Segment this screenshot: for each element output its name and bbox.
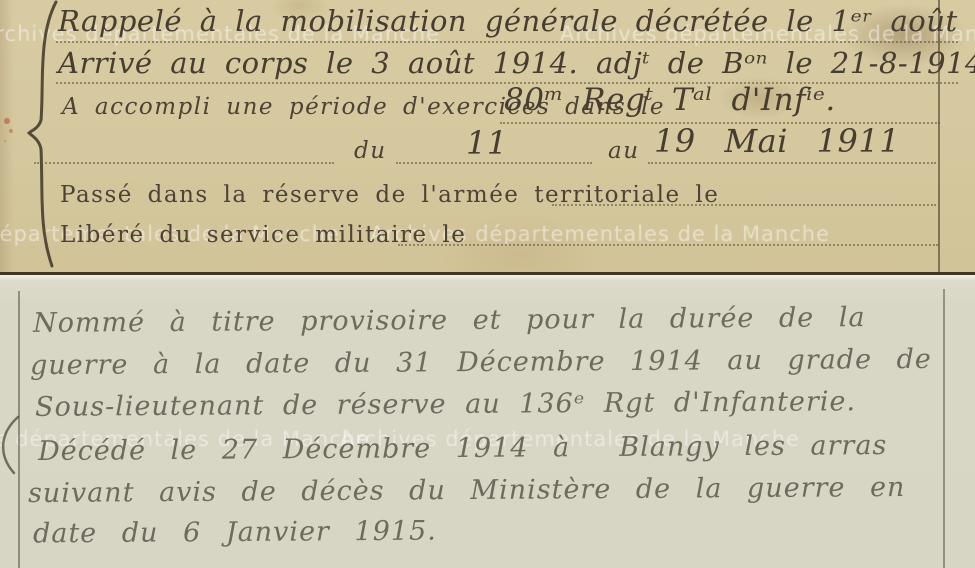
note-line-1: Nommé à titre provisoire et pour la duré… [33, 302, 866, 339]
note-line-5: suivant avis de décès du Ministère de la… [28, 472, 906, 509]
right-pencil-rule [943, 289, 945, 568]
handwritten-arrivee-entry: Arrivé au corps le 3 août 1914. adjᵗ de … [58, 46, 975, 80]
du-label: du [354, 138, 387, 164]
blank-continuation-line [34, 158, 334, 164]
reserve-blank-line [552, 200, 936, 206]
military-record-scan: Archives départementales de la Manche Ar… [0, 0, 975, 568]
form-upper-section: Archives départementales de la Manche Ar… [0, 0, 975, 272]
libere-blank-line [398, 240, 938, 246]
note-line-2: guerre à la date du 31 Décembre 1914 au … [30, 344, 932, 381]
handwritten-au-value: 19 Mai 1911 [654, 122, 900, 160]
field-date-au: 19 Mai 1911 [648, 126, 936, 164]
note-line-3: Sous-lieutenant de réserve au 136ᵉ Rgt d… [35, 386, 856, 423]
left-paren-mark [0, 415, 22, 475]
field-date-du: 11 [396, 126, 592, 164]
handwritten-regiment-entry: 80ᵐ Regᵗ Tᵃˡ d'Infⁱᵉ. [504, 82, 836, 118]
handwritten-du-value: 11 [466, 124, 508, 162]
handwritten-mobilisation-entry: Rappelé à la mobilisation générale décré… [58, 4, 975, 38]
red-ink-specks [4, 118, 10, 124]
field-rappele: Rappelé à la mobilisation générale décré… [56, 4, 958, 43]
note-line-6: date du 6 Janvier 1915. [33, 516, 437, 550]
note-lower-section: Archives départementales de la Manche Ar… [0, 275, 975, 568]
field-regiment: 80ᵐ Regᵗ Tᵃˡ d'Infⁱᵉ. [500, 86, 940, 124]
note-line-4: Décédé le 27 Décembre 1914 à Blangy les … [38, 430, 888, 467]
au-label: au [608, 138, 640, 164]
field-arrive-au-corps: Arrivé au corps le 3 août 1914. adjᵗ de … [56, 46, 958, 84]
